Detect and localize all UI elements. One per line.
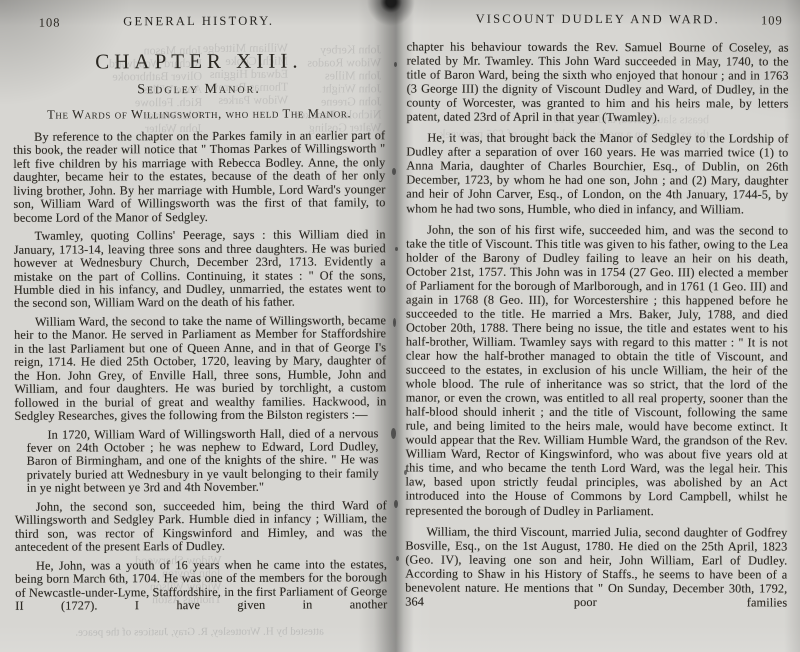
ink-speck <box>391 428 396 439</box>
page-right: beasts slaughtered, and about 10the expe… <box>405 12 789 610</box>
ink-speck <box>404 470 407 475</box>
chapter-subtitle: Sedgley Manor. <box>13 81 385 99</box>
paragraph: chapter his behaviour towards the Rev. S… <box>406 40 788 125</box>
paragraph: John, the second son, succeeded him, bei… <box>15 499 387 554</box>
section-heading: The Wards of Willingsworth, who held The… <box>13 106 385 123</box>
paragraph: He, it was, that brought back the Manor … <box>406 131 788 216</box>
ink-speck <box>394 500 398 508</box>
book-scan: John MasonRichard WoodwardOliver Bathbro… <box>0 0 800 652</box>
ink-speck <box>396 556 399 561</box>
paragraph: William Ward, the second to take the nam… <box>14 314 386 423</box>
bleedthrough-footer: attested by H. Wrottesley, R. Gray, Just… <box>75 625 323 639</box>
page-number-left: 108 <box>39 16 61 31</box>
register-quote-paragraph: In 1720, William Ward of Willingsworth H… <box>15 427 387 496</box>
page-left: John MasonRichard WoodwardOliver Bathbro… <box>13 13 388 613</box>
running-header-right: VISCOUNT DUDLEY AND WARD. <box>407 12 789 28</box>
ink-speck <box>392 168 396 175</box>
ink-speck <box>394 62 397 67</box>
ink-speck <box>395 247 398 251</box>
paragraph: Twamley, quoting Collins' Peerage, says … <box>14 228 386 310</box>
paragraph: John, the son of his first wife, succeed… <box>405 222 788 518</box>
running-header-left: GENERAL HISTORY. <box>13 13 385 30</box>
chapter-title: CHAPTER XIII. <box>13 48 385 75</box>
paragraph: By reference to the chapter on the Parke… <box>13 129 385 225</box>
paragraph: He, John, was a youth of 16 years when h… <box>15 558 387 613</box>
ink-speck <box>393 318 396 327</box>
right-page-header: 109 VISCOUNT DUDLEY AND WARD. <box>407 12 789 31</box>
left-page-header: 108 GENERAL HISTORY. <box>13 13 385 33</box>
page-number-right: 109 <box>761 13 783 28</box>
paragraph: William, the third Viscount, married Jul… <box>405 524 787 609</box>
